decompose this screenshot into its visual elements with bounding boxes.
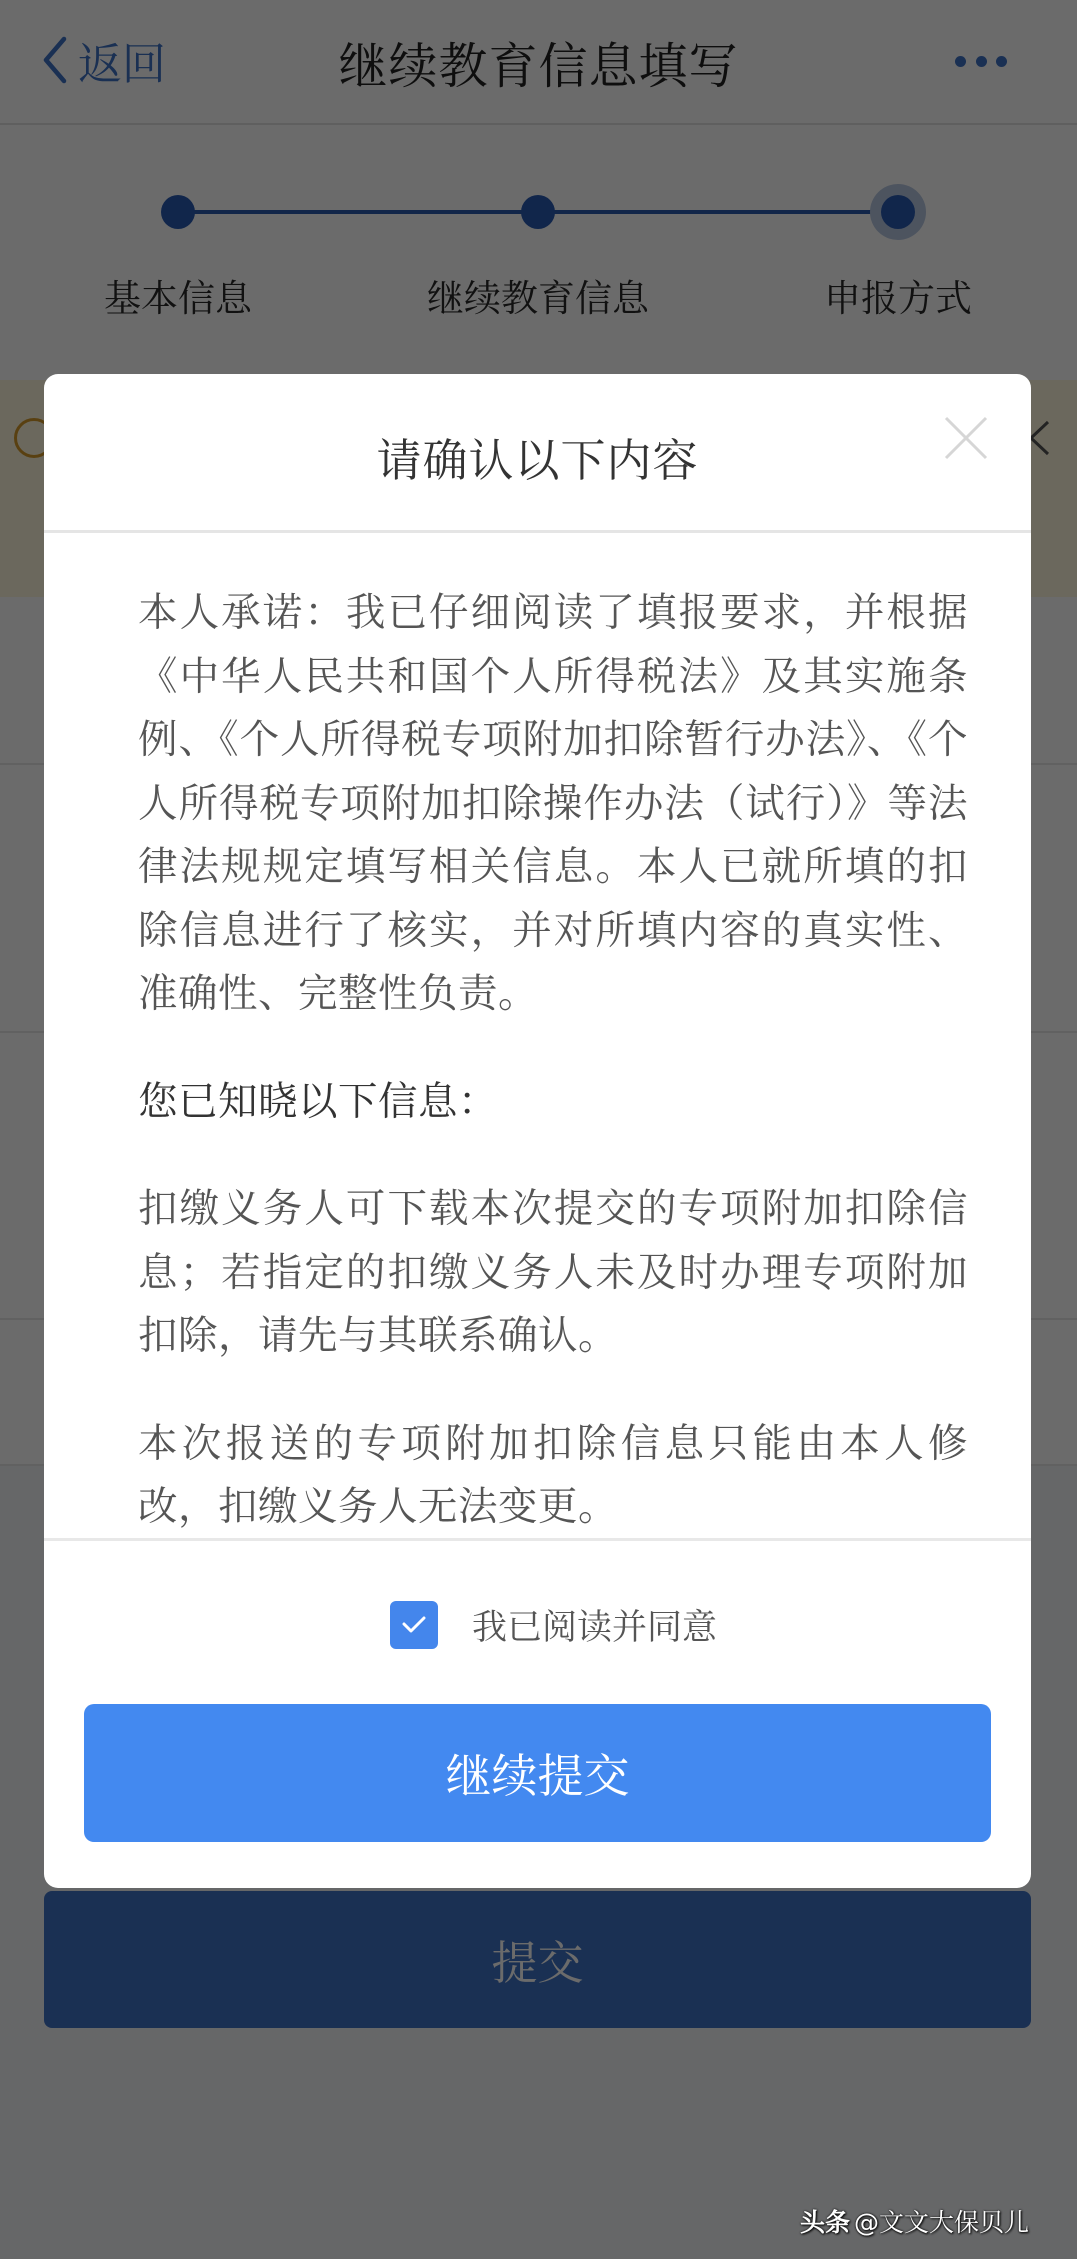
continue-submit-button[interactable]: 继续提交 xyxy=(84,1704,991,1842)
footer-divider xyxy=(44,1538,1031,1541)
watermark-author: @文文大保贝儿 xyxy=(854,2208,1029,2237)
agree-label: 我已阅读并同意 xyxy=(472,1600,717,1650)
agree-checkbox-row[interactable]: 我已阅读并同意 xyxy=(390,1601,717,1649)
dialog-title: 请确认以下内容 xyxy=(44,424,1031,489)
watermark-platform: 头条 xyxy=(800,2208,850,2237)
dialog-header: 请确认以下内容 xyxy=(44,374,1031,533)
withholding-download-paragraph: 扣缴义务人可下载本次提交的专项附加扣除信息；若指定的扣缴义务人未及时办理专项附加… xyxy=(138,1178,968,1369)
modification-paragraph: 本次报送的专项附加扣除信息只能由本人修改，扣缴义务人无法变更。 xyxy=(138,1413,968,1540)
commitment-paragraph: 本人承诺：我已仔细阅读了填报要求，并根据《中华人民共和国个人所得税法》及其实施条… xyxy=(138,582,968,1027)
agree-checkbox[interactable] xyxy=(390,1601,438,1649)
close-icon[interactable] xyxy=(942,414,990,462)
watermark: 头条@文文大保贝儿 xyxy=(800,2203,1029,2239)
checkmark-icon xyxy=(402,1616,426,1634)
notice-heading: 您已知晓以下信息： xyxy=(138,1071,968,1135)
confirm-dialog: 请确认以下内容 本人承诺：我已仔细阅读了填报要求，并根据《中华人民共和国个人所得… xyxy=(44,374,1031,1888)
dialog-body-scroll[interactable]: 本人承诺：我已仔细阅读了填报要求，并根据《中华人民共和国个人所得税法》及其实施条… xyxy=(138,582,968,1730)
